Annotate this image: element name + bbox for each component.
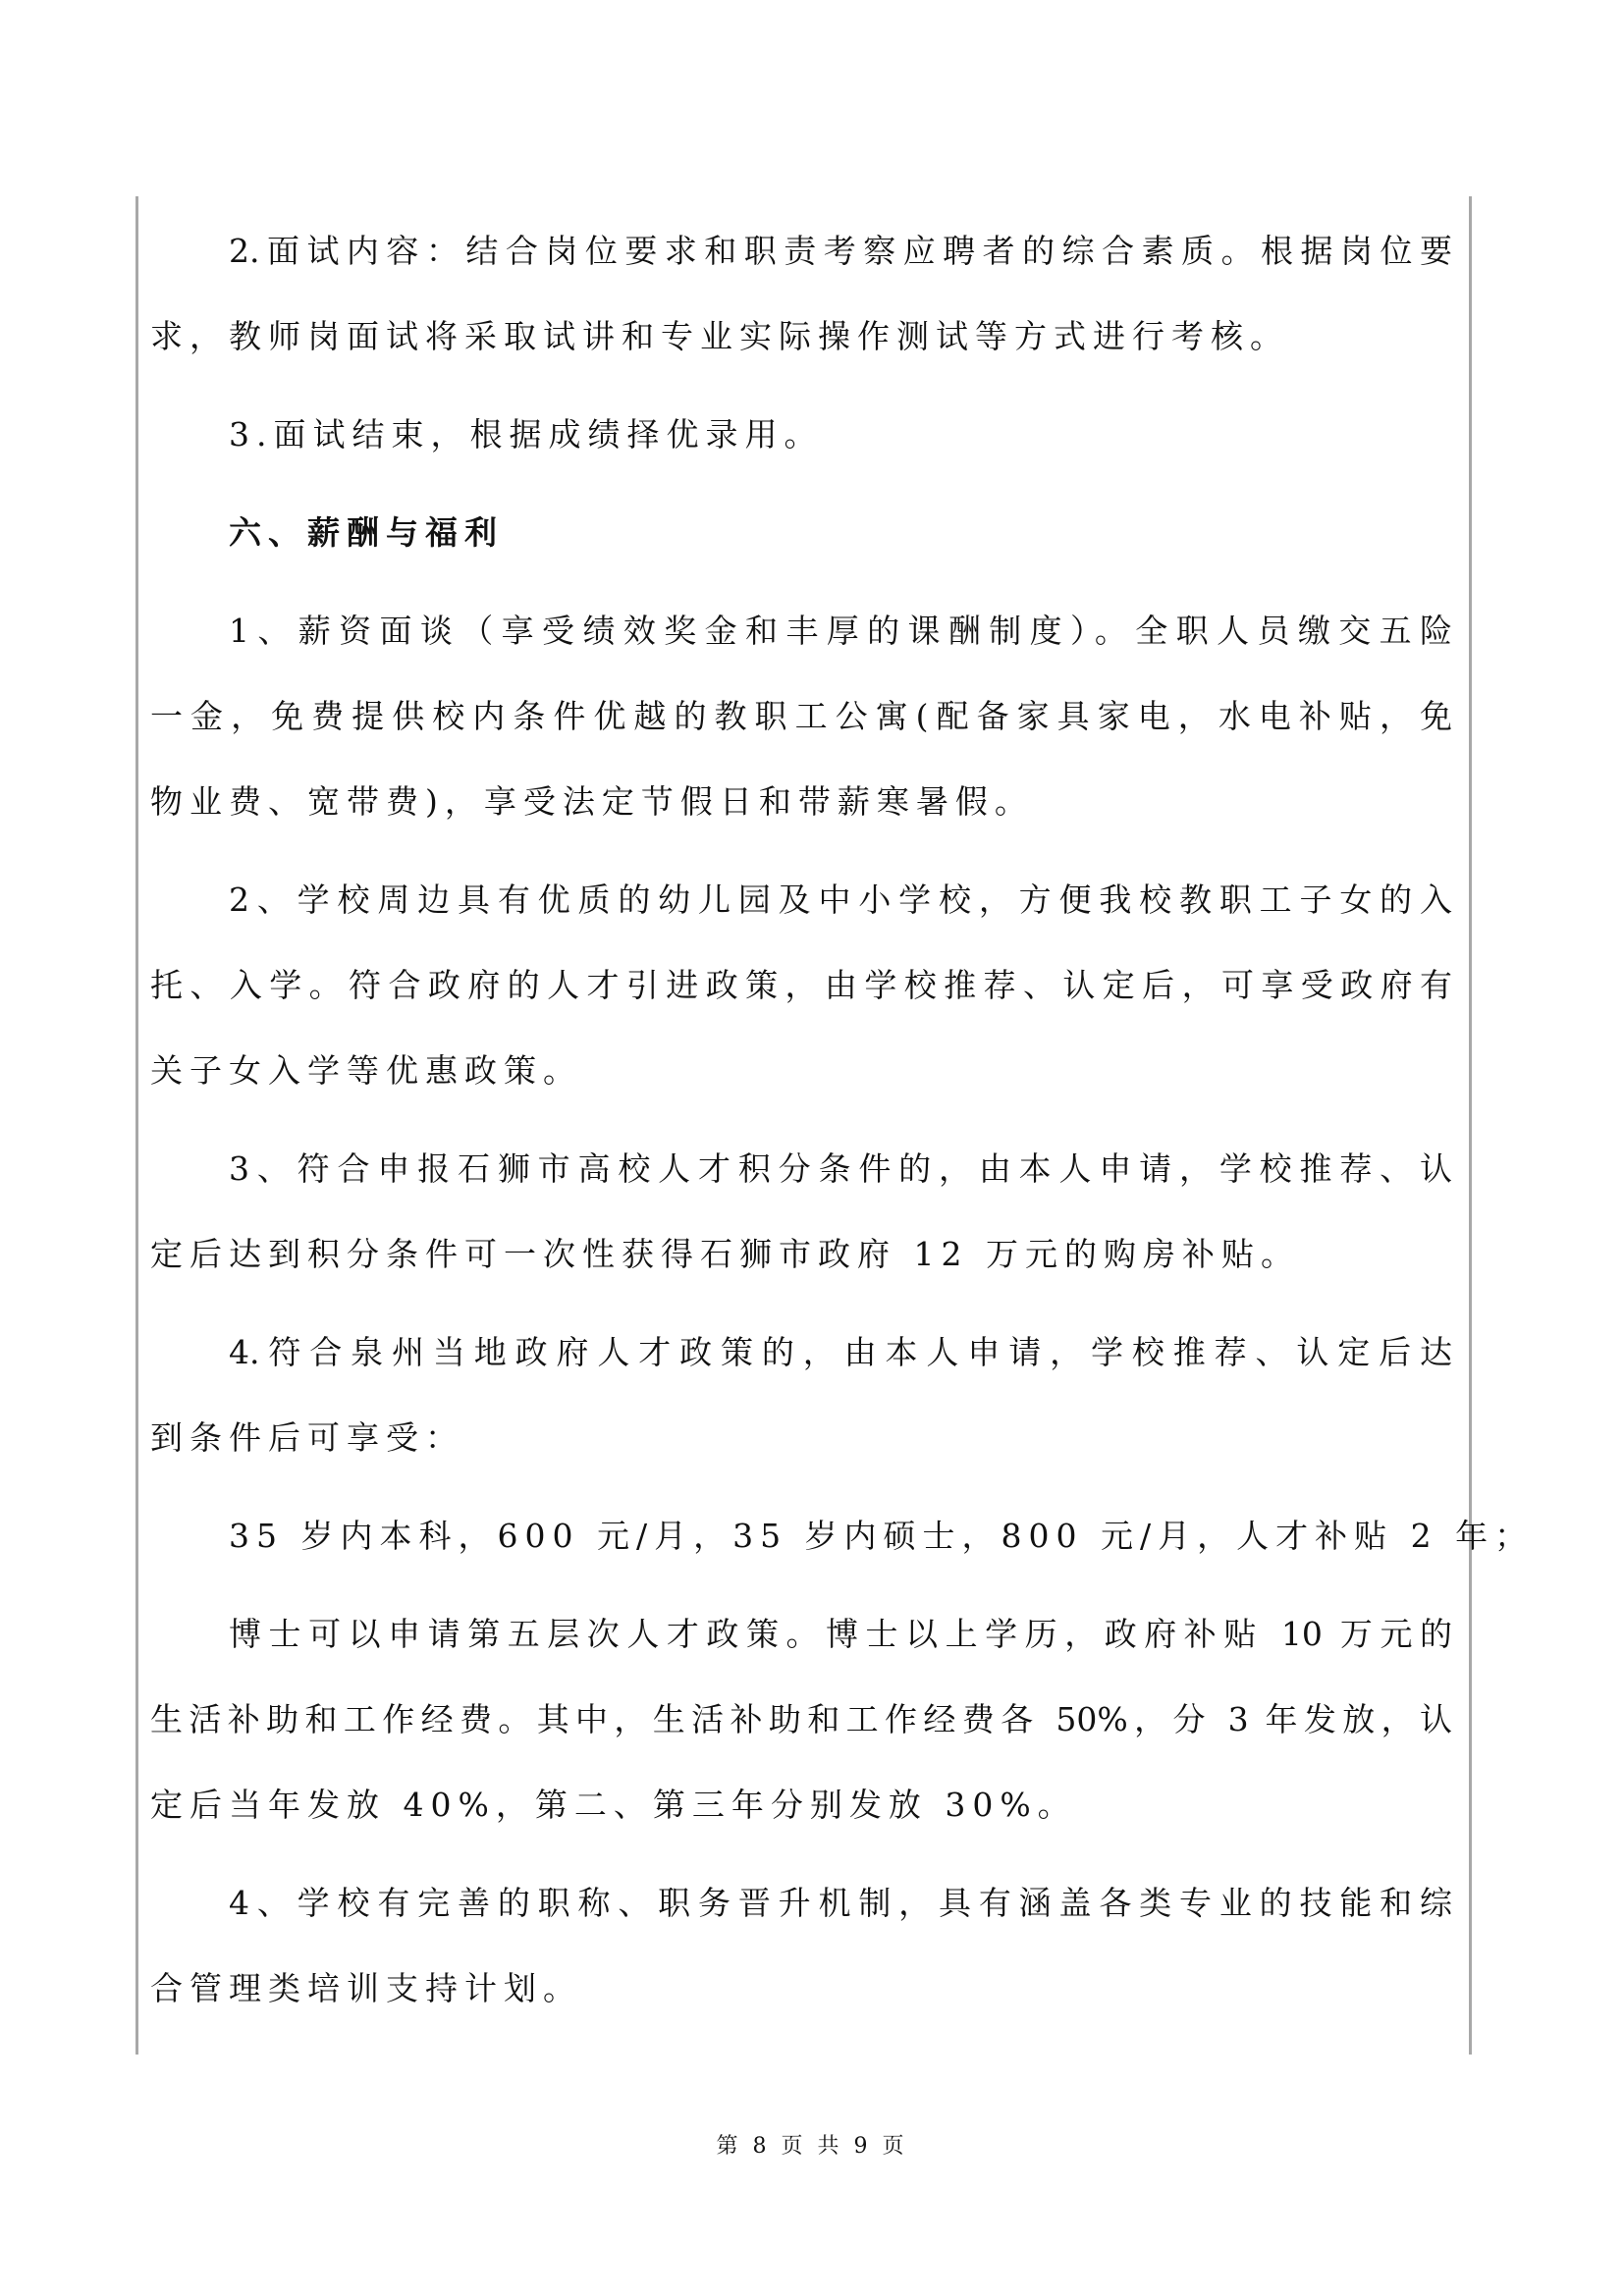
text-line: 2、学校周边具有优质的幼儿园及中小学校，方便我校教职工子女的入 bbox=[150, 857, 1452, 942]
text-line: 35 岁内本科，600 元/月，35 岁内硕士，800 元/月，人才补贴 2 年… bbox=[150, 1493, 1452, 1578]
text-line: 生活补助和工作经费。其中，生活补助和工作经费各 50%，分 3 年发放，认 bbox=[150, 1677, 1452, 1762]
text-line: 定后达到积分条件可一次性获得石狮市政府 12 万元的购房补贴。 bbox=[150, 1211, 1452, 1297]
paragraph: 2.面试内容：结合岗位要求和职责考察应聘者的综合素质。根据岗位要求，教师岗面试将… bbox=[150, 208, 1452, 379]
text-line: 1、薪资面谈（享受绩效奖金和丰厚的课酬制度）。全职人员缴交五险 bbox=[150, 588, 1452, 673]
text-line: 一金，免费提供校内条件优越的教职工公寓(配备家具家电，水电补贴，免 bbox=[150, 673, 1452, 759]
paragraph: 2、学校周边具有优质的幼儿园及中小学校，方便我校教职工子女的入托、入学。符合政府… bbox=[150, 857, 1452, 1113]
paragraph: 3.面试结束，根据成绩择优录用。 bbox=[150, 392, 1452, 477]
text-line: 求，教师岗面试将采取试讲和专业实际操作测试等方式进行考核。 bbox=[150, 294, 1452, 379]
page-number-footer: 第 8 页 共 9 页 bbox=[0, 2132, 1624, 2162]
page-border-right bbox=[1469, 196, 1472, 2055]
paragraph: 4.符合泉州当地政府人才政策的，由本人申请，学校推荐、认定后达到条件后可享受： bbox=[150, 1309, 1452, 1480]
paragraph: 博士可以申请第五层次人才政策。博士以上学历，政府补贴 10 万元的生活补助和工作… bbox=[150, 1591, 1452, 1847]
text-line: 3.面试结束，根据成绩择优录用。 bbox=[150, 392, 1452, 477]
text-line: 4、学校有完善的职称、职务晋升机制，具有涵盖各类专业的技能和综 bbox=[150, 1860, 1452, 1946]
text-line: 定后当年发放 40%，第二、第三年分别发放 30%。 bbox=[150, 1762, 1452, 1847]
text-line: 博士可以申请第五层次人才政策。博士以上学历，政府补贴 10 万元的 bbox=[150, 1591, 1452, 1677]
page-border-left bbox=[135, 196, 138, 2055]
text-line: 4.符合泉州当地政府人才政策的，由本人申请，学校推荐、认定后达 bbox=[150, 1309, 1452, 1395]
text-line: 合管理类培训支持计划。 bbox=[150, 1946, 1452, 2031]
paragraph: 4、学校有完善的职称、职务晋升机制，具有涵盖各类专业的技能和综合管理类培训支持计… bbox=[150, 1860, 1452, 2031]
paragraph: 1、薪资面谈（享受绩效奖金和丰厚的课酬制度）。全职人员缴交五险一金，免费提供校内… bbox=[150, 588, 1452, 844]
text-line: 托、入学。符合政府的人才引进政策，由学校推荐、认定后，可享受政府有 bbox=[150, 942, 1452, 1028]
text-line: 2.面试内容：结合岗位要求和职责考察应聘者的综合素质。根据岗位要 bbox=[150, 208, 1452, 294]
text-line: 3、符合申报石狮市高校人才积分条件的，由本人申请，学校推荐、认 bbox=[150, 1126, 1452, 1211]
text-line: 关子女入学等优惠政策。 bbox=[150, 1028, 1452, 1113]
paragraph: 35 岁内本科，600 元/月，35 岁内硕士，800 元/月，人才补贴 2 年… bbox=[150, 1493, 1452, 1578]
paragraph: 3、符合申报石狮市高校人才积分条件的，由本人申请，学校推荐、认定后达到积分条件可… bbox=[150, 1126, 1452, 1297]
document-body: 2.面试内容：结合岗位要求和职责考察应聘者的综合素质。根据岗位要求，教师岗面试将… bbox=[150, 208, 1452, 2031]
heading-text: 六、薪酬与福利 bbox=[150, 490, 1452, 575]
text-line: 到条件后可享受： bbox=[150, 1395, 1452, 1480]
section-heading: 六、薪酬与福利 bbox=[150, 490, 1452, 575]
text-line: 物业费、宽带费)，享受法定节假日和带薪寒暑假。 bbox=[150, 759, 1452, 844]
